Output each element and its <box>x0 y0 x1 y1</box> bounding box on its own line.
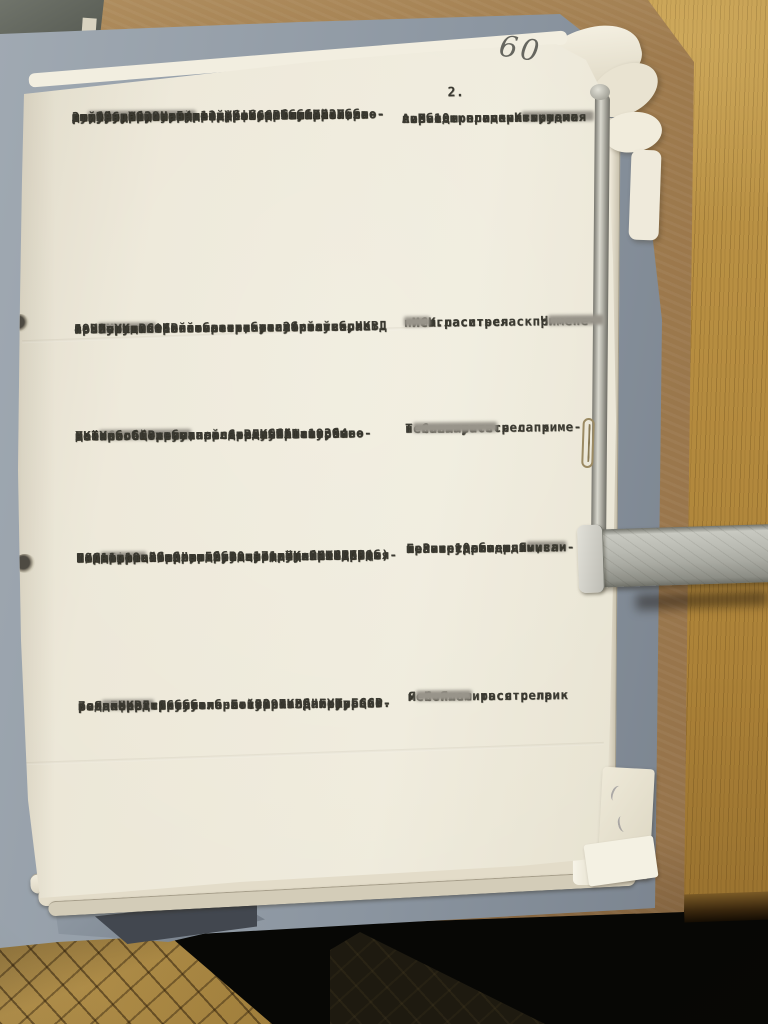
typed-page-number: 2. <box>448 87 465 100</box>
redacted-name <box>548 315 604 326</box>
resolution-entry-4: Согласиться с примене-нием расстрела к Ч… <box>404 315 614 317</box>
redacted-name <box>413 422 497 433</box>
case-entry-6: 6.Я Ефим Захарович постановле-нием военн… <box>76 549 412 553</box>
resolution-entry-3: Расстрела к КА.М. не применять,заме-нив … <box>402 111 612 113</box>
handwritten-archive-page-number: 60 <box>498 39 542 58</box>
redacted-name <box>416 690 472 701</box>
case-entry-5: 5.Т Салам постановлением 451военного три… <box>75 427 411 431</box>
case-entry-7: 7.Я Ефрем Якубович постановлениемвоенног… <box>78 697 414 701</box>
case-entry-4: 4.Ч Михаил Константинович поста-новление… <box>74 320 410 324</box>
typed-text-layer: 60 2. 3. Август Михайловичпостановлением… <box>0 0 768 1024</box>
photo-of-archival-document: 60 2. 3. Август Михайловичпостановлением… <box>0 0 768 1024</box>
resolution-entry-6: Расстрела к ЯЕ.З.не применять,за-менив 1… <box>406 541 616 543</box>
resolution-entry-5: Согласиться с приме-нением расстрела кТ … <box>405 421 615 423</box>
redacted-name <box>404 317 430 327</box>
case-entry-3: 3. Август Михайловичпостановлением военн… <box>72 108 408 112</box>
resolution-entry-7: Согласиться с при-менением расстрела кЯ … <box>408 689 618 691</box>
